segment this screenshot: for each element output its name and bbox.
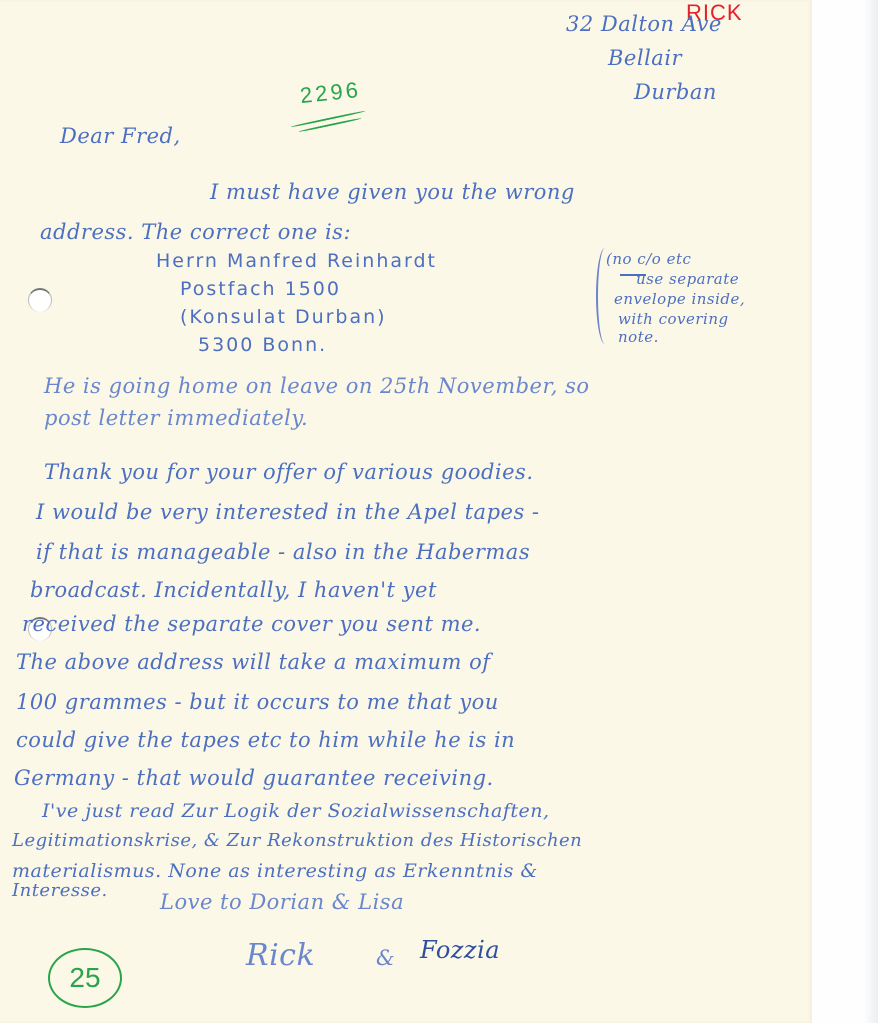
body-line: received the separate cover you sent me. [22, 612, 481, 636]
body-line: Legitimationskrise, & Zur Rekonstruktion… [12, 830, 582, 851]
sender-address-line2: Bellair [608, 46, 682, 70]
body-line: Thank you for your offer of various good… [44, 460, 534, 484]
signature-name1: Rick [246, 938, 315, 973]
body-line: if that is manageable - also in the Habe… [36, 540, 530, 564]
body-line: Germany - that would guarantee receiving… [14, 766, 494, 790]
sender-address-line3: Durban [634, 80, 717, 104]
paragraph1-line1: I must have given you the wrong [210, 180, 575, 204]
punch-hole-top [28, 288, 52, 312]
signature-name2: Fozzia [420, 936, 500, 964]
body-line: He is going home on leave on 25th Novemb… [44, 374, 590, 398]
side-note-line3: envelope inside, [614, 290, 745, 308]
recipient-address-line4: 5300 Bonn. [198, 334, 327, 356]
page-edge-shadow [864, 0, 878, 1023]
closing: Love to Dorian & Lisa [160, 890, 404, 914]
body-line: I've just read Zur Logik der Sozialwisse… [42, 800, 550, 822]
side-note-line1: (no c/o etc [606, 250, 691, 268]
recipient-address-line1: Herrn Manfred Reinhardt [156, 250, 437, 272]
body-line: broadcast. Incidentally, I haven't yet [30, 578, 437, 602]
paragraph1-line2: address. The correct one is: [40, 220, 351, 244]
side-note-line2: use separate [636, 270, 739, 288]
side-note-line4: with covering [618, 310, 729, 328]
side-note-line5: note. [618, 328, 659, 346]
body-line: materialismus. None as interesting as Er… [12, 860, 538, 882]
recipient-address-line2: Postfach 1500 [180, 278, 341, 300]
body-line: I would be very interested in the Apel t… [36, 500, 540, 524]
body-line: could give the tapes etc to him while he… [16, 728, 515, 752]
body-line: 100 grammes - but it occurs to me that y… [16, 690, 499, 714]
sender-address-line1: 32 Dalton Ave [566, 12, 722, 36]
body-line: post letter immediately. [44, 406, 308, 430]
circled-page-number: 25 [48, 948, 122, 1008]
recipient-address-line3: (Konsulat Durban) [180, 306, 387, 328]
signature-conjunction: & [376, 946, 395, 970]
circled-number-text: 25 [69, 962, 100, 994]
body-line: Interesse. [12, 880, 108, 901]
salutation: Dear Fred, [60, 124, 181, 148]
body-line: The above address will take a maximum of [16, 650, 491, 674]
